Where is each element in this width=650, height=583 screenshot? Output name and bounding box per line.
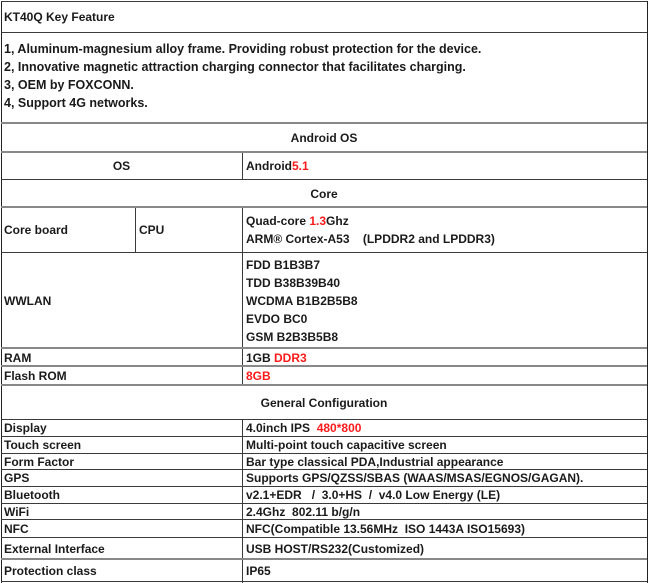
ram-value: 1GB DDR3 bbox=[243, 349, 647, 366]
os-value: Android 5.1 bbox=[243, 153, 647, 179]
spec-sheet: KT40Q Key Feature 1, Aluminum-magnesium … bbox=[0, 0, 650, 583]
spec-label: Touch screen bbox=[1, 437, 242, 453]
spec-label: WiFi bbox=[1, 504, 242, 519]
row-display: Display 4.0inch IPS 480*800 bbox=[1, 419, 647, 436]
row-form-factor: Form Factor Bar type classical PDA,Indus… bbox=[1, 453, 647, 469]
spec-label: Form Factor bbox=[1, 454, 242, 469]
flash-label: Flash ROM bbox=[1, 367, 242, 385]
spec-value: 2.4Ghz 802.11 b/g/n bbox=[243, 504, 647, 519]
cpu-label: CPU bbox=[136, 208, 242, 252]
row-external-interface: External Interface USB HOST/RS232(Custom… bbox=[1, 537, 647, 559]
spec-value: Multi-point touch capacitive screen bbox=[243, 437, 647, 453]
row-protection-class: Protection class IP65 bbox=[1, 558, 647, 581]
key-features-row: 1, Aluminum-magnesium alloy frame. Provi… bbox=[1, 32, 647, 123]
spec-value: USB HOST/RS232(Customized) bbox=[243, 538, 647, 559]
row-bluetooth: Bluetooth v2.1+EDR / 3.0+HS / v4.0 Low E… bbox=[1, 486, 647, 503]
feature-item: 4, Support 4G networks. bbox=[4, 94, 647, 112]
ram-label: RAM bbox=[1, 349, 242, 366]
display-value: 4.0inch IPS 480*800 bbox=[243, 420, 647, 436]
os-version: 5.1 bbox=[292, 159, 309, 173]
spec-value: IP65 bbox=[243, 560, 647, 581]
os-label: OS bbox=[1, 153, 242, 179]
page-title: KT40Q Key Feature bbox=[1, 2, 647, 32]
spec-label: External Interface bbox=[1, 538, 242, 559]
row-wwlan: WWLAN FDD B1B3B7 TDD B38B39B40 WCDMA B1B… bbox=[1, 252, 647, 348]
section-heading: Core bbox=[1, 180, 647, 207]
row-flash-rom: Flash ROM 8GB bbox=[1, 365, 647, 385]
row-touch-screen: Touch screen Multi-point touch capacitiv… bbox=[1, 436, 647, 453]
section-heading: Android OS bbox=[1, 124, 647, 152]
spec-label: GPS bbox=[1, 470, 242, 486]
section-android-os: Android OS bbox=[1, 122, 647, 152]
section-general: General Configuration bbox=[1, 384, 647, 419]
cpu-value: Quad-core 1.3Ghz ARM® Cortex-A53 (LPDDR2… bbox=[243, 208, 647, 252]
spec-value: Supports GPS/QZSS/SBAS (WAAS/MSAS/EGNOS/… bbox=[243, 470, 647, 486]
key-features-list: 1, Aluminum-magnesium alloy frame. Provi… bbox=[1, 33, 647, 123]
feature-item: 2, Innovative magnetic attraction chargi… bbox=[4, 58, 647, 76]
spec-label: Protection class bbox=[1, 560, 242, 581]
spec-label: NFC bbox=[1, 520, 242, 537]
flash-value: 8GB bbox=[243, 367, 647, 385]
feature-item: 3, OEM by FOXCONN. bbox=[4, 76, 647, 94]
row-cpu: Core board CPU Quad-core 1.3Ghz ARM® Cor… bbox=[1, 206, 647, 252]
row-ram: RAM 1GB DDR3 bbox=[1, 347, 647, 366]
row-gps: GPS Supports GPS/QZSS/SBAS (WAAS/MSAS/EG… bbox=[1, 469, 647, 486]
core-board-label: Core board bbox=[1, 208, 135, 252]
row-os: OS Android 5.1 bbox=[1, 151, 647, 179]
spec-value: NFC(Compatible 13.56MHz ISO 1443A ISO156… bbox=[243, 520, 647, 537]
title-row: KT40Q Key Feature bbox=[1, 1, 647, 32]
spec-value: v2.1+EDR / 3.0+HS / v4.0 Low Energy (LE) bbox=[243, 487, 647, 503]
row-nfc: NFC NFC(Compatible 13.56MHz ISO 1443A IS… bbox=[1, 519, 647, 537]
feature-item: 1, Aluminum-magnesium alloy frame. Provi… bbox=[4, 40, 647, 58]
wwlan-label: WWLAN bbox=[1, 253, 242, 348]
section-core: Core bbox=[1, 179, 647, 207]
row-wifi: WiFi 2.4Ghz 802.11 b/g/n bbox=[1, 503, 647, 519]
spec-label: Bluetooth bbox=[1, 487, 242, 503]
spec-value: Bar type classical PDA,Industrial appear… bbox=[243, 454, 647, 469]
section-heading: General Configuration bbox=[1, 386, 647, 419]
wwlan-bands: FDD B1B3B7 TDD B38B39B40 WCDMA B1B2B5B8 … bbox=[243, 253, 647, 348]
display-label: Display bbox=[1, 420, 242, 436]
